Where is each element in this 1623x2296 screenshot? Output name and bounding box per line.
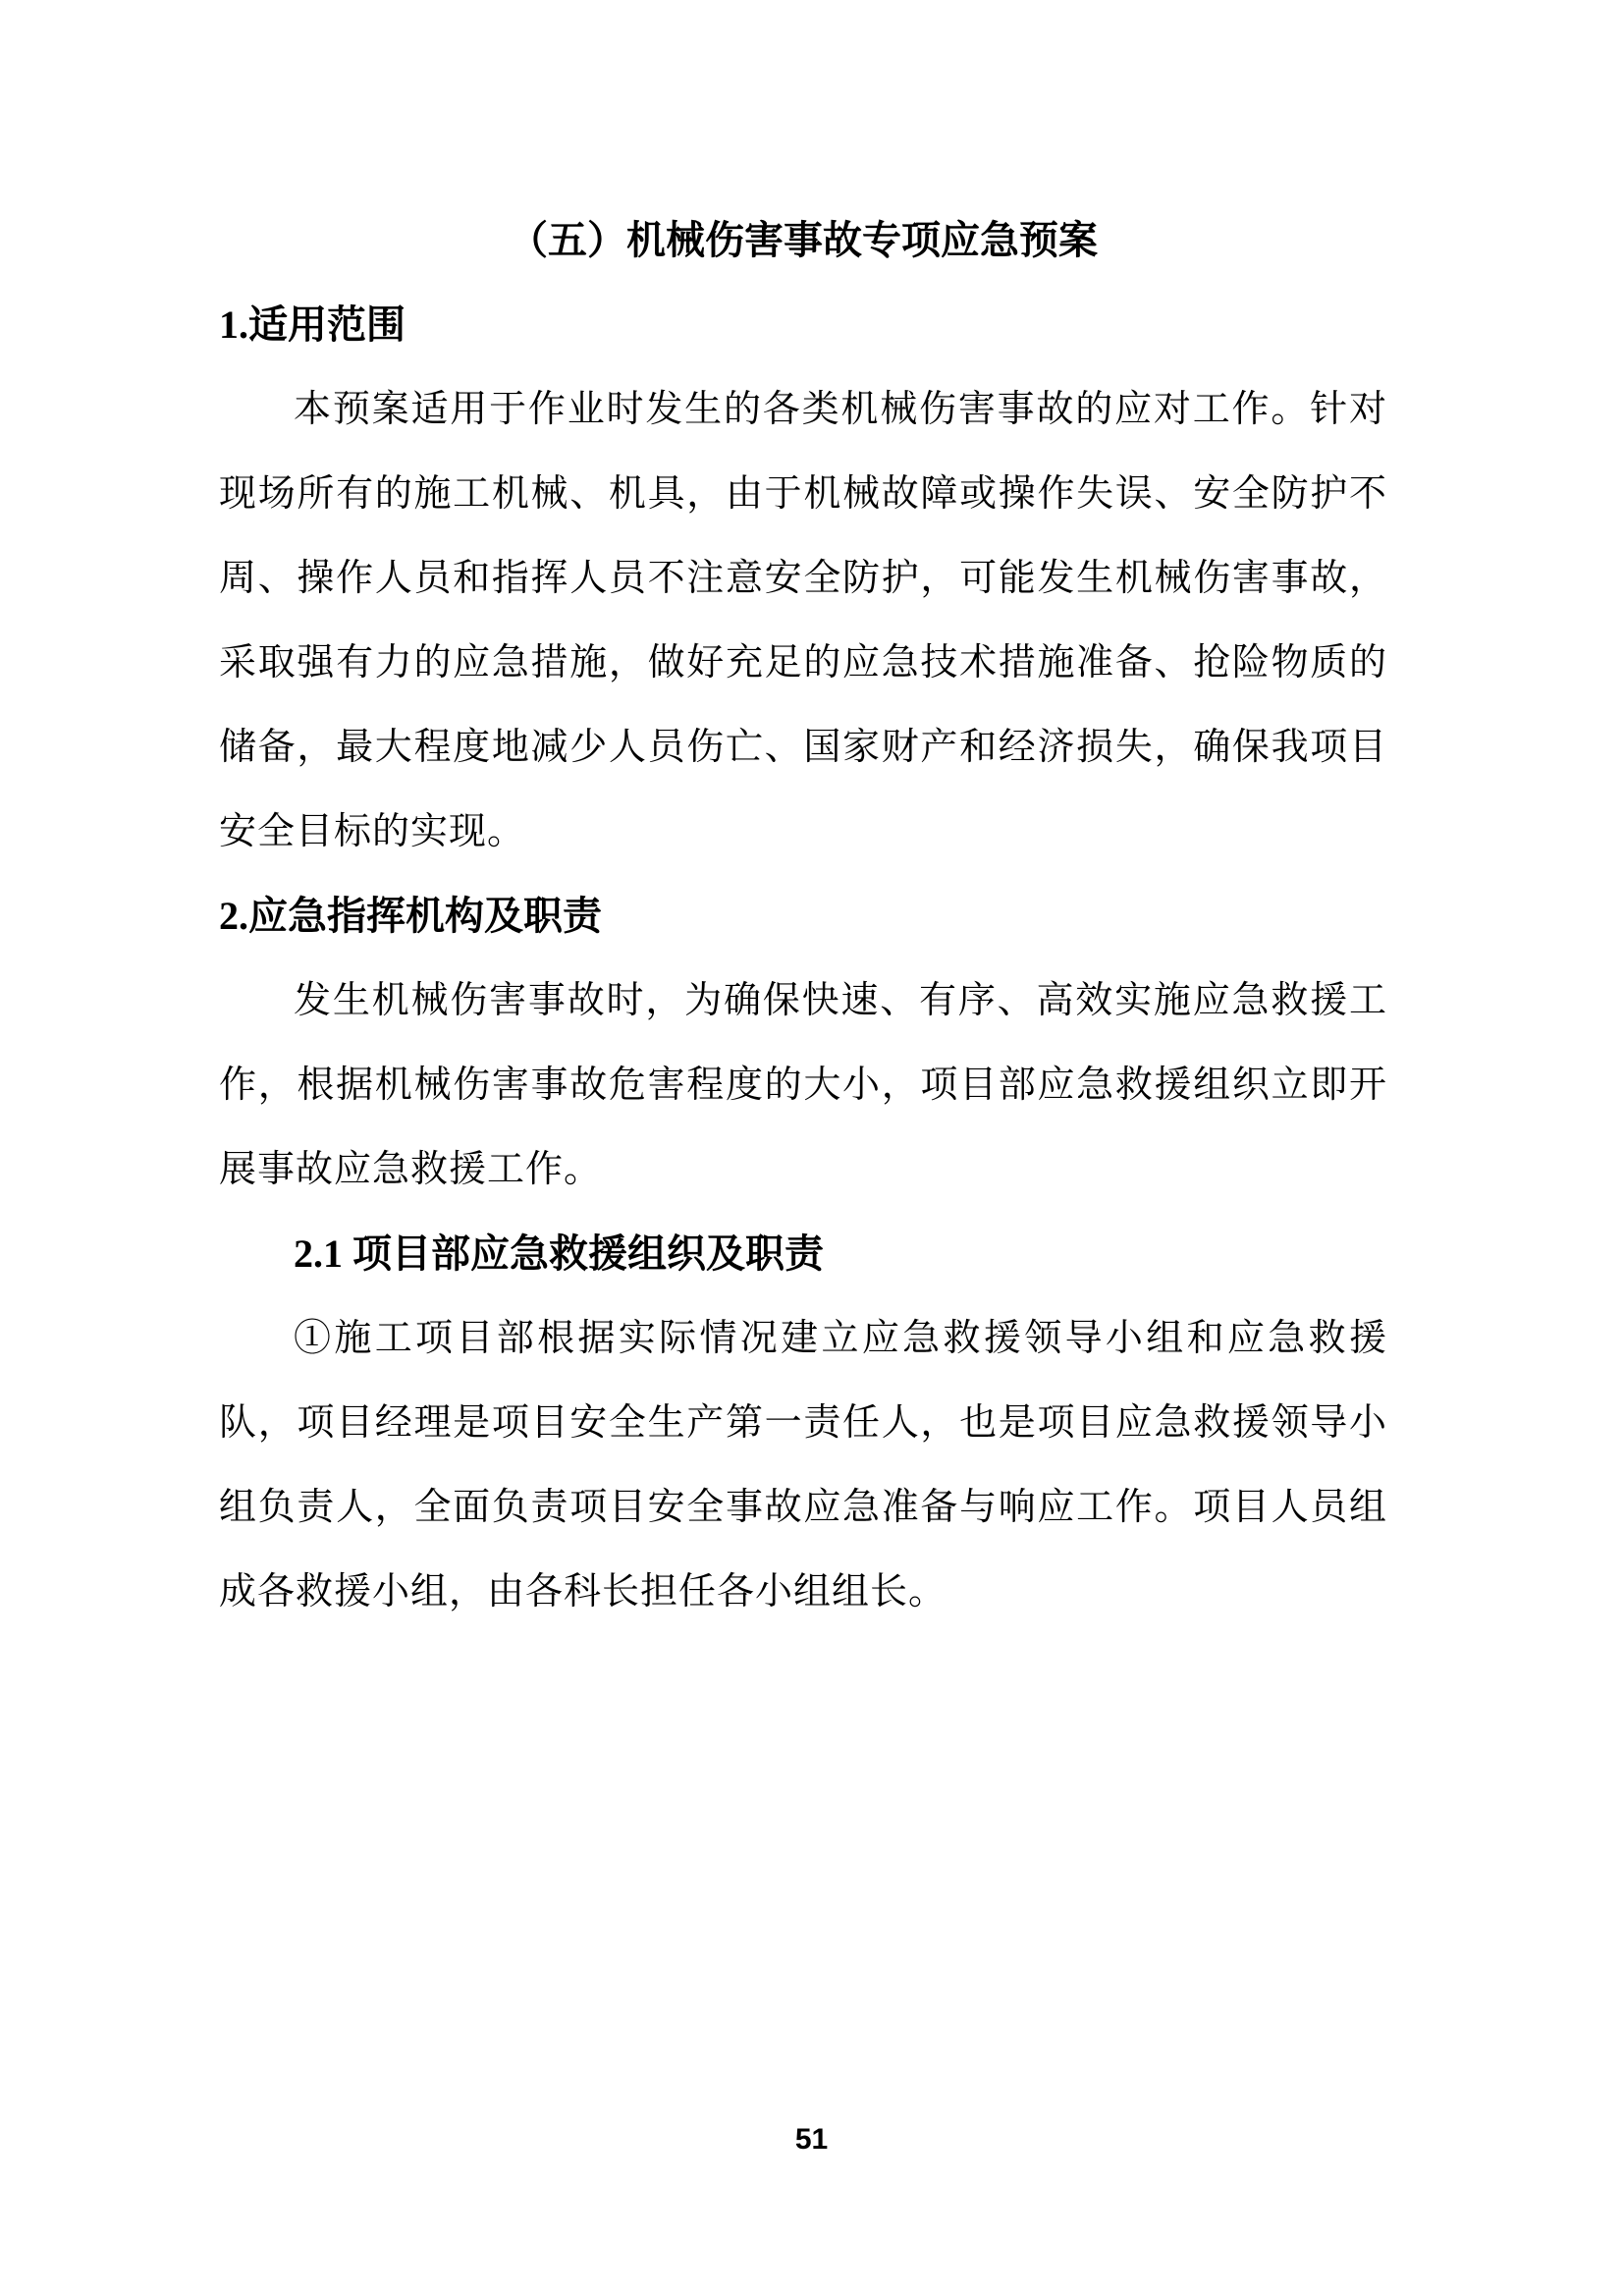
section-2-1-heading: 2.1 项目部应急救援组织及职责 bbox=[219, 1212, 1387, 1296]
document-title: （五）机械伤害事故专项应急预案 bbox=[219, 198, 1387, 283]
page-number: 51 bbox=[795, 2123, 828, 2156]
section-1-paragraph: 本预案适用于作业时发生的各类机械伤害事故的应对工作。针对现场所有的施工机械、机具… bbox=[219, 367, 1387, 874]
section-2-heading: 2.应急指挥机构及职责 bbox=[219, 874, 1387, 958]
section-2-1-paragraph: ①施工项目部根据实际情况建立应急救援领导小组和应急救援队，项目经理是项目安全生产… bbox=[219, 1296, 1387, 1634]
section-1-heading: 1.适用范围 bbox=[219, 283, 1387, 367]
document-page: （五）机械伤害事故专项应急预案 1.适用范围 本预案适用于作业时发生的各类机械伤… bbox=[0, 0, 1623, 2296]
page-footer: 51 bbox=[0, 2123, 1623, 2157]
section-2-paragraph: 发生机械伤害事故时，为确保快速、有序、高效实施应急救援工作，根据机械伤害事故危害… bbox=[219, 958, 1387, 1212]
document-content: （五）机械伤害事故专项应急预案 1.适用范围 本预案适用于作业时发生的各类机械伤… bbox=[219, 198, 1387, 1634]
